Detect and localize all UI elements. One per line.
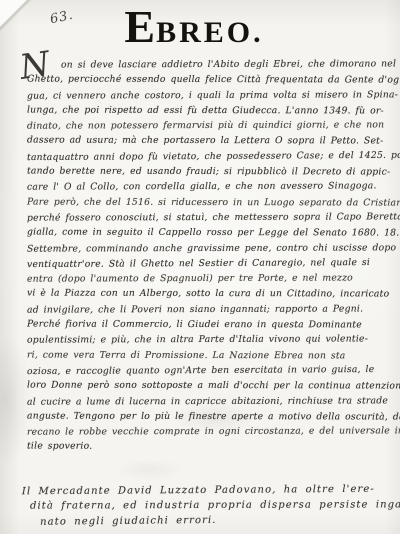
text-line: lunga, che poi rispetto ad essi fù detta…	[27, 102, 382, 118]
text-line: Ghetto, perciocché essendo quella felice…	[27, 72, 382, 88]
manuscript-page: 63. EBREO. N on si deve lasciare addietr…	[0, 0, 400, 534]
text-line: ad invigilare, che li Poveri non siano i…	[27, 301, 382, 318]
note-line: nato negli giudaichi errori.	[22, 512, 382, 531]
text-line: al cucire a lume di lucerna in capricce …	[27, 393, 382, 410]
title-rest: BREO.	[156, 18, 264, 48]
text-line: vi è la Piazza con un Albergo, sotto la …	[27, 286, 382, 302]
text-line: anguste. Tengono per lo più le finestre …	[27, 408, 382, 424]
text-line: Pare però, che del 1516. si riducessero …	[27, 194, 382, 210]
text-line: tile spoverio.	[27, 439, 382, 455]
title-initial: E	[124, 4, 156, 50]
text-line: care l' O al Collo, con cordella gialla,…	[27, 179, 382, 196]
text-line: entra (dopo l'aumento de Spagnuoli) per …	[27, 271, 382, 288]
text-line: dassero ad usura; mà che portassero la L…	[27, 133, 382, 149]
manuscript-body: on si deve lasciare addietro l'Abito deg…	[27, 57, 382, 455]
text-line: Perché fioriva il Commercio, li Giudei e…	[27, 317, 382, 333]
text-line: gialla, come in seguito il Cappello ross…	[27, 225, 382, 241]
text-line: perché fossero conosciuti, si statuì, ch…	[27, 209, 382, 226]
text-line: tando berette nere, ed usando fraudi; si…	[27, 164, 382, 180]
text-line: opulentissimi; e più, che in altra Parte…	[27, 332, 382, 349]
note-line: Il Mercadante David Luzzato Padovano, ha…	[22, 483, 382, 500]
text-line: Settembre, comminando anche gravissime p…	[27, 240, 382, 257]
text-line: dinato, che non potessero fermarvisi più…	[27, 118, 382, 135]
footer-note: Il Mercadante David Luzzato Padovano, ha…	[22, 483, 382, 530]
text-line: ri, come vera Terra di Promissione. La N…	[27, 347, 382, 363]
text-line: tantaquattro anni dopo fù vietato, che p…	[27, 148, 382, 165]
text-line: recano le robbe vecchie comprate in ogni…	[27, 424, 382, 441]
text-line: loro Donne però sono sottoposte a mali d…	[27, 378, 382, 394]
text-line: gua, ci vennero anche costoro, i quali l…	[27, 87, 382, 104]
page-title: EBREO.	[0, 4, 394, 50]
text-line: on si deve lasciare addietro l'Abito deg…	[27, 56, 382, 73]
